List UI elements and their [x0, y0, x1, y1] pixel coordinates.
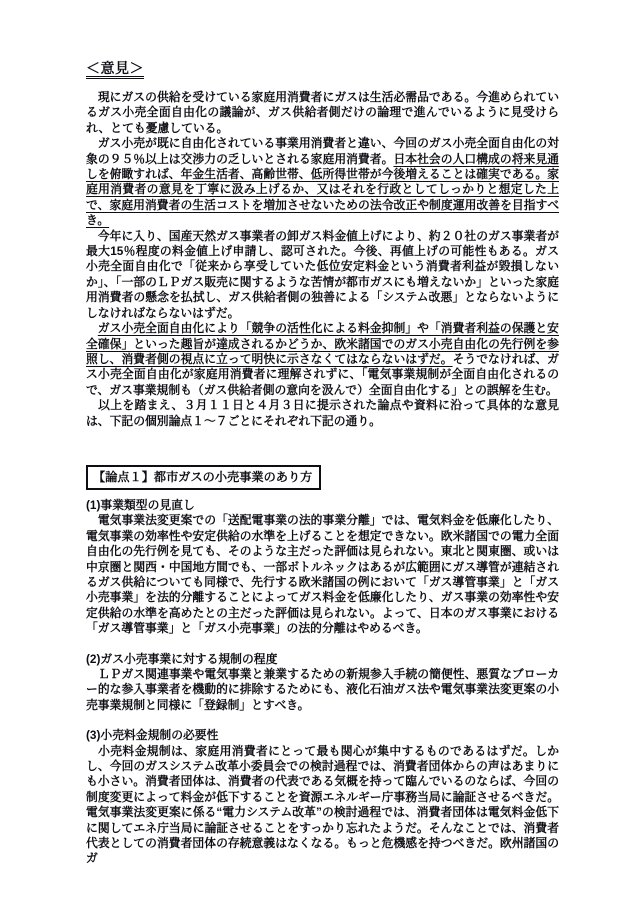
subsection-2: (2)ガス小売事業に対する規制の程度 ＬＰガス関連事業や電気事業と兼業するための… — [86, 652, 559, 714]
intro-section: 現にガスの供給を受けている家庭用消費者にガスは生活必需品である。今進められている… — [86, 90, 559, 429]
document-title: ＜意見＞ — [86, 60, 144, 77]
paragraph-1: 現にガスの供給を受けている家庭用消費者にガスは生活必需品である。今進められている… — [86, 90, 559, 136]
paragraph-5-text: 以上を踏まえ、３月１１日と４月３日に提示された論点や資料に沿って具体的な意見は、… — [86, 398, 559, 427]
paragraph-2: ガス小売が既に自由化されている事業用消費者と違い、今回のガス小売全面自由化の対象… — [86, 136, 559, 228]
subsection-3-heading: (3)小売料金規制の必要性 — [86, 728, 559, 743]
document-page: ＜意見＞ 現にガスの供給を受けている家庭用消費者にガスは生活必需品である。今進め… — [0, 0, 633, 899]
paragraph-4-indent — [86, 321, 98, 335]
subsection-2-heading: (2)ガス小売事業に対する規制の程度 — [86, 652, 559, 667]
subsection-3-body: 小売料金規制は、家庭用消費者にとって最も関心が集中するものであるはずだ。しかし、… — [86, 744, 559, 867]
paragraph-1-text: 現にガスの供給を受けている家庭用消費者にガスは生活必需品である。今進められている… — [86, 90, 559, 135]
paragraph-4: ガス小売全面自由化により「競争の活性化による料金抑制」や「消費者利益の保護と安全… — [86, 321, 559, 398]
subsection-1-heading: (1)事業類型の見直し — [86, 498, 559, 513]
topic1-heading-box: 【論点１】都市ガスの小売事業のあり方 — [86, 465, 321, 490]
paragraph-3-text: 今年に入り、国産天然ガス事業者の卸ガス料金値上げにより、約２０社のガス事業者が最… — [86, 229, 559, 320]
subsection-1-body: 電気事業法変更案での「送配電事業の法的事業分離」では、電気料金を低廉化したり、電… — [86, 513, 559, 636]
subsection-2-body: ＬＰガス関連事業や電気事業と兼業するための新規参入手続の簡便性、悪質なブローカー… — [86, 667, 559, 713]
topic1-section: 【論点１】都市ガスの小売事業のあり方 — [86, 465, 559, 490]
paragraph-3: 今年に入り、国産天然ガス事業者の卸ガス料金値上げにより、約２０社のガス事業者が最… — [86, 229, 559, 321]
paragraph-5: 以上を踏まえ、３月１１日と４月３日に提示された論点や資料に沿って具体的な意見は、… — [86, 398, 559, 429]
subsection-3: (3)小売料金規制の必要性 小売料金規制は、家庭用消費者にとって最も関心が集中す… — [86, 728, 559, 867]
subsection-1: (1)事業類型の見直し 電気事業法変更案での「送配電事業の法的事業分離」では、電… — [86, 498, 559, 637]
